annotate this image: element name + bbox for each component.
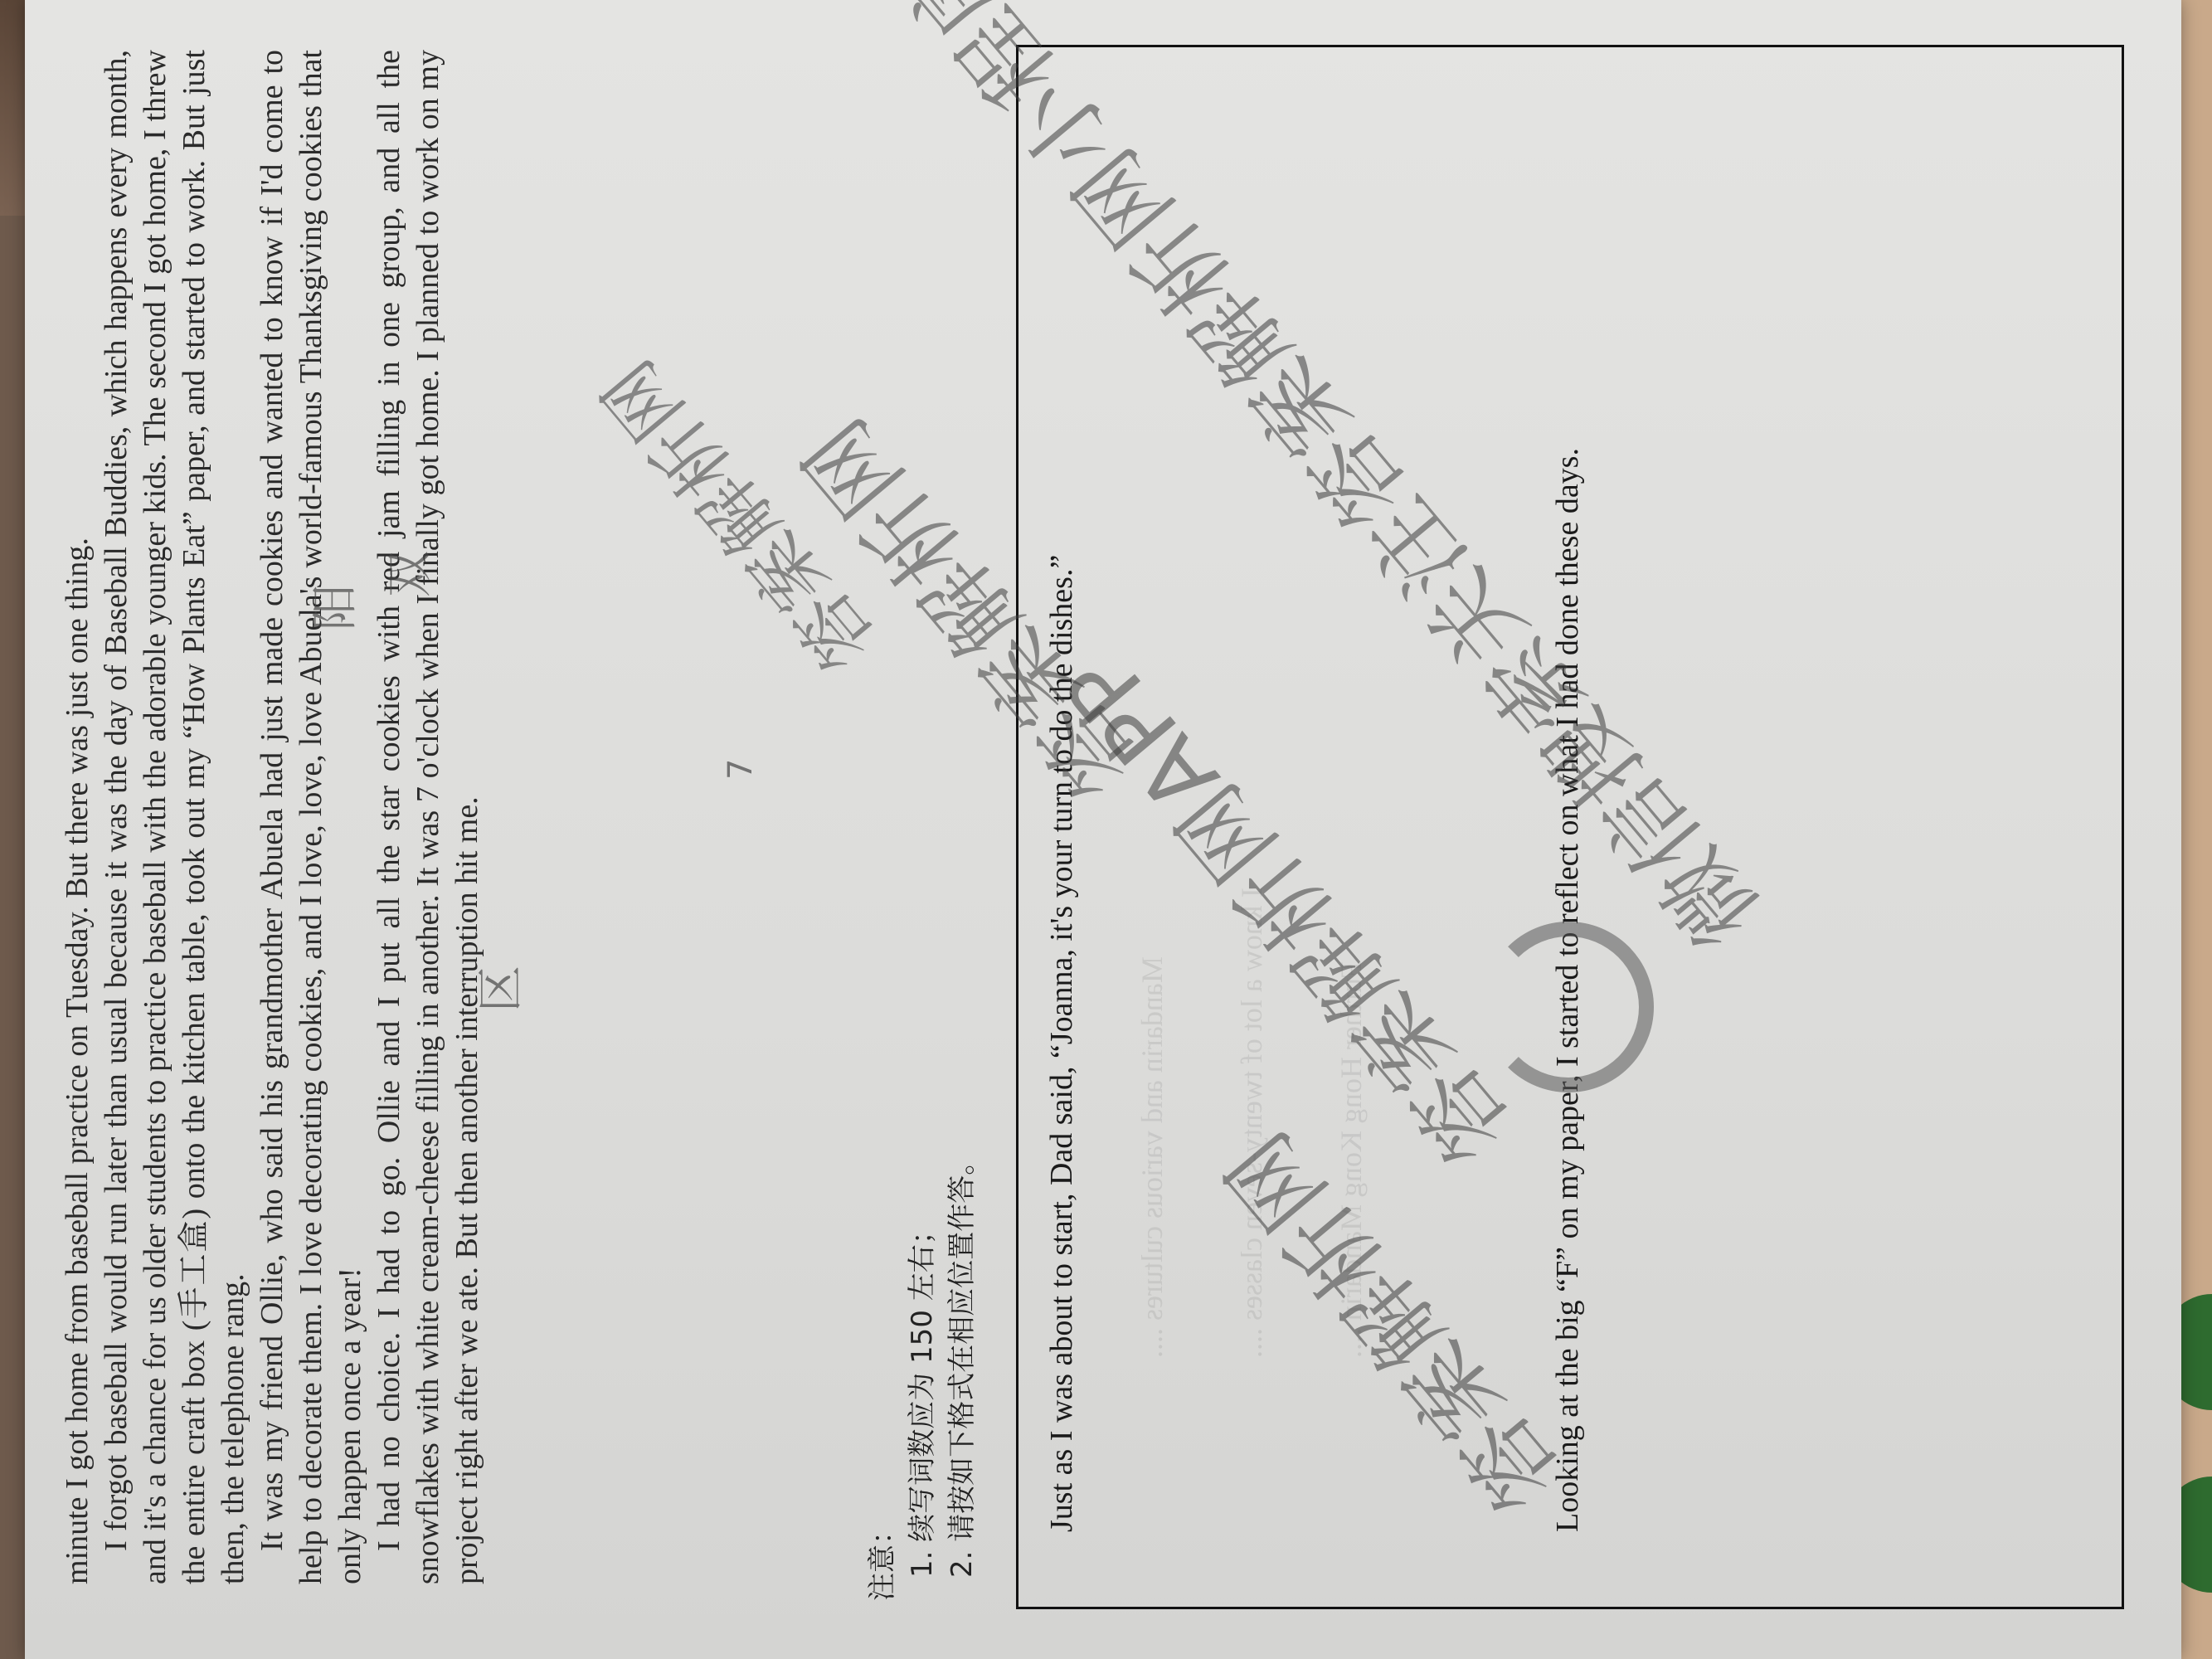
handwritten-mark: 区 xyxy=(464,966,531,1012)
passage-paragraph: I had no choice. I had to go. Ollie and … xyxy=(370,50,487,1584)
faint-seal-logo xyxy=(1483,922,1654,1092)
exam-sheet: minute I got home from baseball practice… xyxy=(25,0,2181,1659)
handwritten-mark: 7 xyxy=(722,759,760,780)
note-format: 2. 请按如下格式在相应位置作答。 xyxy=(942,66,982,1601)
reading-passage: minute I got home from baseball practice… xyxy=(58,50,487,1584)
passage-paragraph: I forgot baseball would run later than u… xyxy=(97,50,253,1584)
writing-notes: 注意： 1. 续写词数应为 150 左右； 2. 请按如下格式在相应位置作答。 xyxy=(863,66,982,1601)
passage-paragraph: minute I got home from baseball practice… xyxy=(58,50,97,1584)
bleed-through-text: Mandarin and various cultures .... xyxy=(1135,956,1169,1358)
passage-paragraph: It was my friend Ollie, who said his gra… xyxy=(253,50,370,1584)
handwritten-mark: 双 xyxy=(373,551,440,597)
note-word-count: 1. 续写词数应为 150 左右； xyxy=(902,66,942,1601)
notes-heading: 注意： xyxy=(863,66,902,1601)
handwritten-mark: 阳 xyxy=(299,584,365,630)
